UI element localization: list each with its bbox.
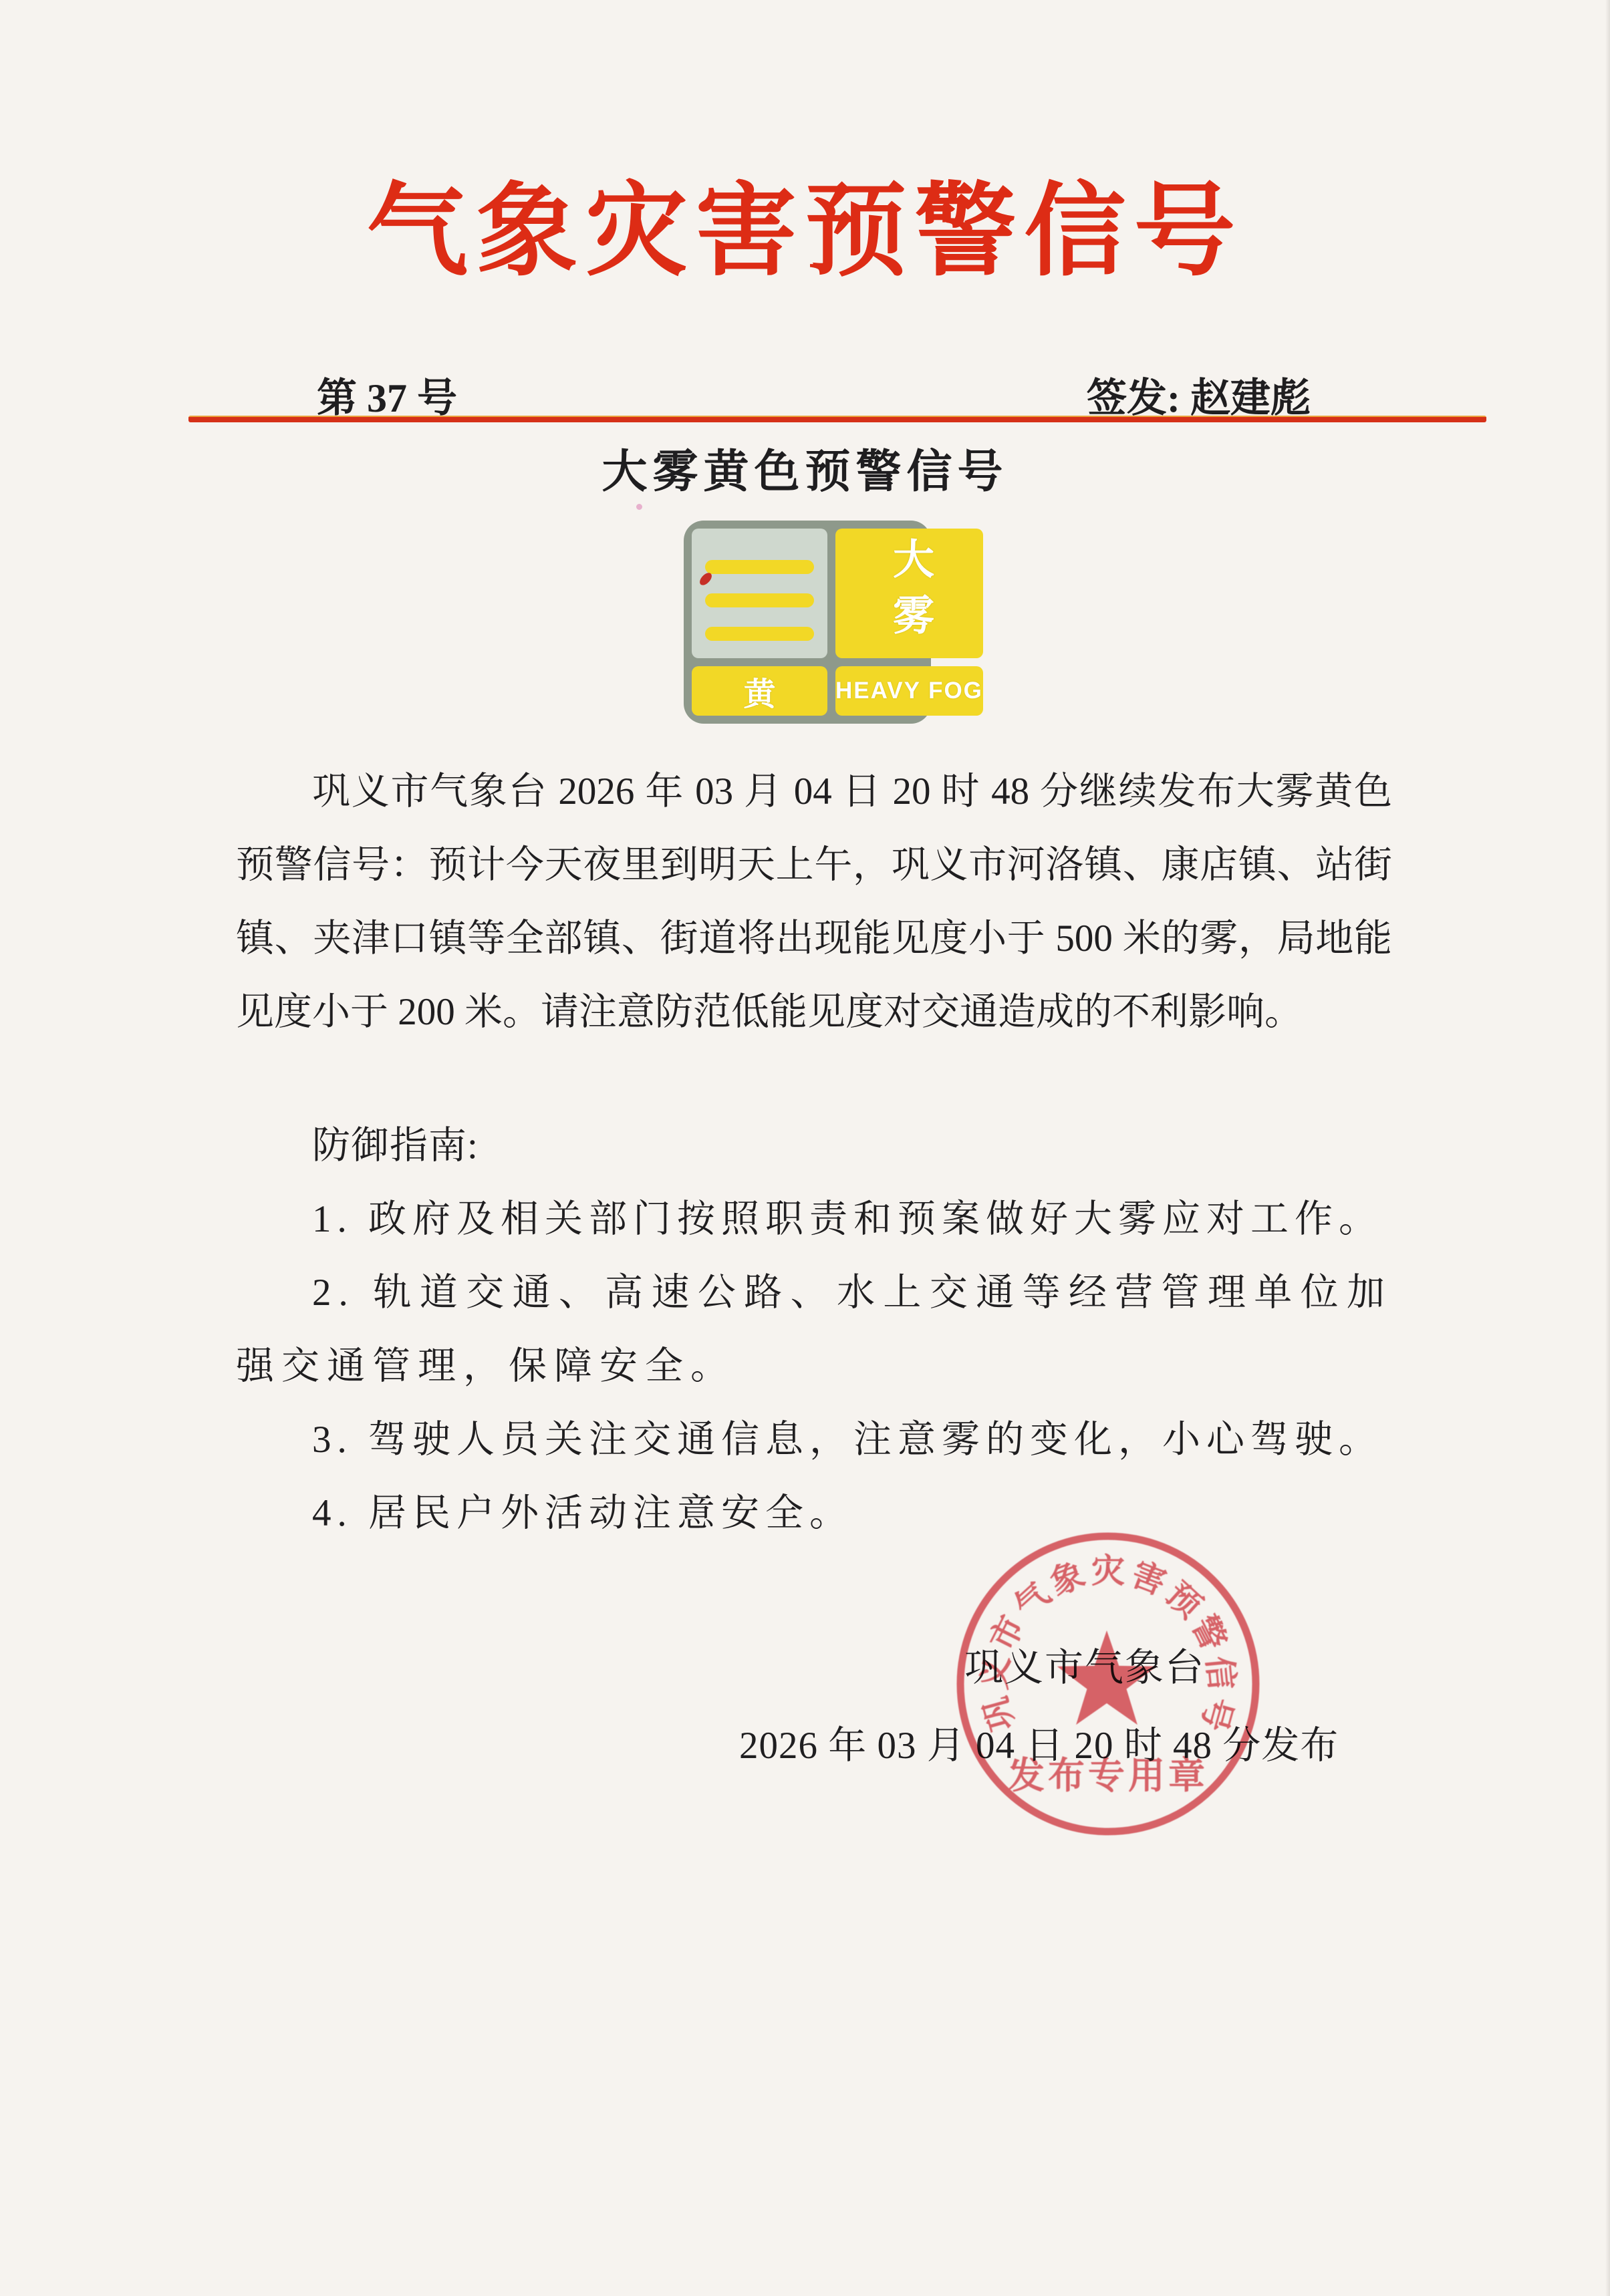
sign-level-char: 黄 [692,666,827,716]
fog-line-icon [705,560,814,574]
fog-line-icon [705,593,814,607]
red-divider-rule [188,416,1486,422]
svg-text:灾: 灾 [1091,1552,1125,1590]
svg-text:号: 号 [1194,1693,1239,1735]
sign-name-panel: 大雾 [835,529,983,658]
defense-guide-section: 防御指南: 1. 政府及相关部门按照职责和预案做好大雾应对工作。 2. 轨道交通… [236,1109,1392,1550]
svg-text:气: 气 [1007,1575,1057,1625]
guide-item-1: 1. 政府及相关部门按照职责和预案做好大雾应对工作。 [236,1183,1392,1256]
svg-text:象: 象 [1045,1555,1090,1602]
svg-text:义: 义 [975,1655,1016,1691]
sign-name-chinese: 大雾 [888,537,930,650]
svg-text:巩: 巩 [976,1693,1021,1735]
svg-text:害: 害 [1126,1555,1171,1602]
fog-symbol-panel [692,529,827,658]
official-seal: 巩义市气象灾害预警信号 发布专用章 [956,1532,1260,1836]
sign-name-english: HEAVY FOG [835,666,983,716]
svg-text:警: 警 [1185,1610,1234,1657]
svg-text:信: 信 [1200,1655,1241,1691]
seal-bottom-text: 发布专用章 [1008,1755,1208,1796]
scanned-warning-document: 气象灾害预警信号 第 37 号 签发: 赵建彪 大雾黄色预警信号 大雾 黄 HE… [0,0,1610,2296]
warning-paragraph: 巩义市气象台 2026 年 03 月 04 日 20 时 48 分继续发布大雾黄… [236,755,1392,1049]
document-title: 气象灾害预警信号 [0,175,1610,289]
heavy-fog-warning-icon: 大雾 黄 HEAVY FOG [684,521,931,724]
ink-speck [636,504,642,510]
scan-edge-shadow [1605,0,1610,2296]
guide-item-2: 2. 轨道交通、高速公路、水上交通等经营管理单位加强交通管理，保障安全。 [236,1256,1392,1403]
fog-line-icon [705,627,814,641]
warning-subtitle: 大雾黄色预警信号 [0,445,1610,498]
guide-heading: 防御指南: [236,1109,1392,1183]
guide-item-3: 3. 驾驶人员关注交通信息，注意雾的变化，小心驾驶。 [236,1403,1392,1477]
seal-star-icon [1057,1630,1156,1725]
